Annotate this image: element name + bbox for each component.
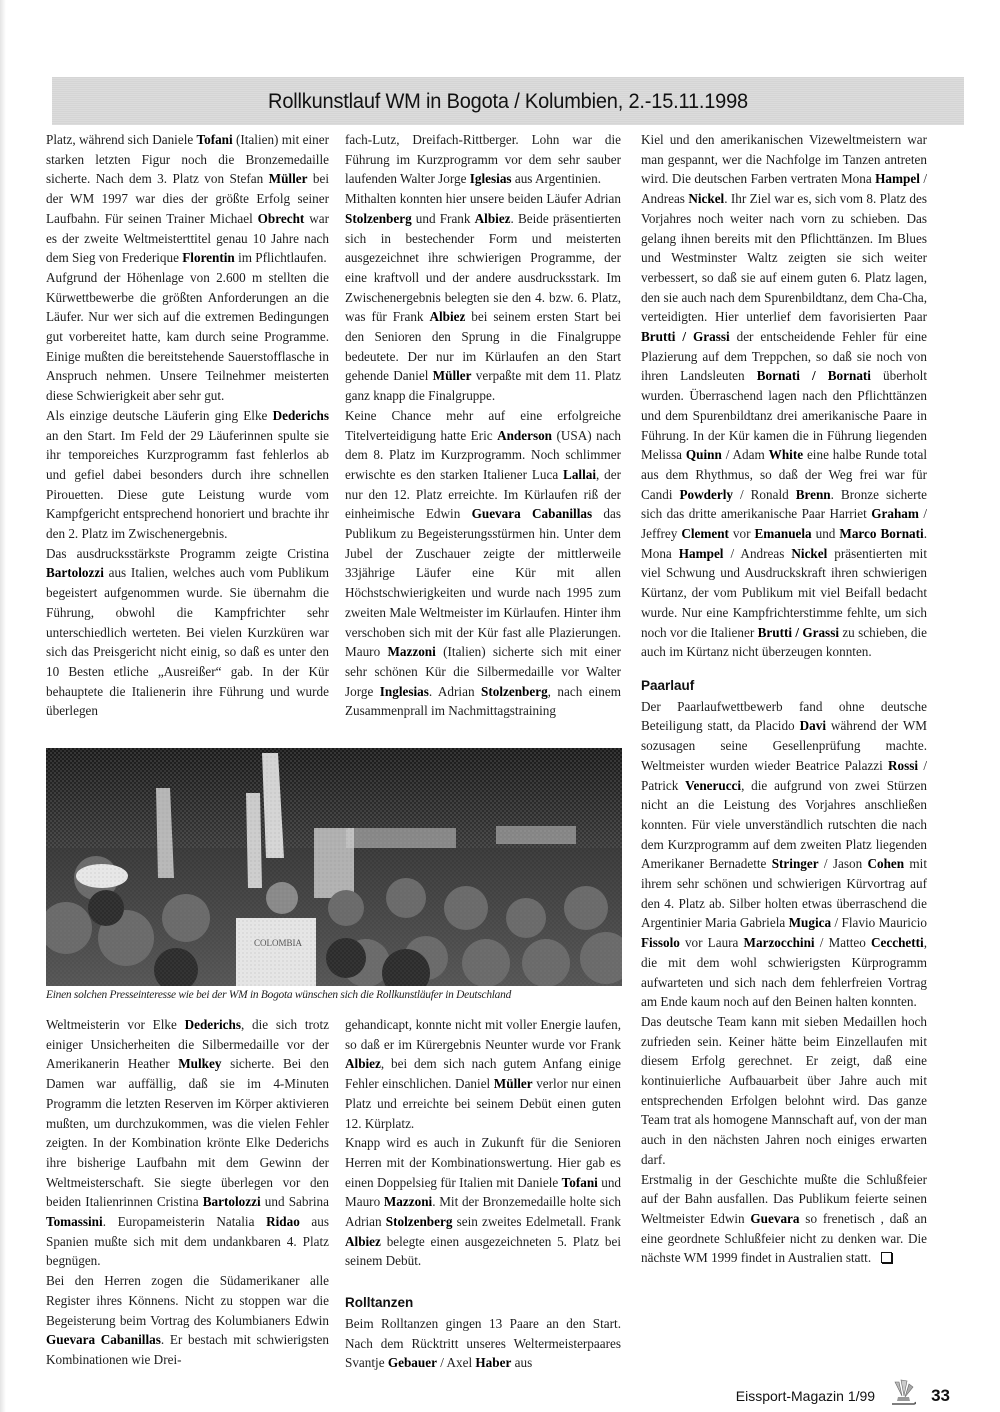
paragraph: fach-Lutz, Dreifach-Rittberger. Lohn war… [345, 130, 621, 189]
paragraph: Beim Rolltanzen gingen 13 Paare an den S… [345, 1314, 621, 1373]
column-3: Kiel und den amerikanischen Vizeweltmeis… [641, 130, 927, 1268]
column-1-top: Platz, während sich Daniele Tofani (Ital… [46, 130, 329, 721]
skate-logo-icon [889, 1378, 917, 1412]
crowd-photo: COLOMBIA [46, 748, 622, 986]
paragraph: Das ausdrucksstärkste Programm zeigte Cr… [46, 544, 329, 721]
magazine-issue: Eissport-Magazin 1/99 [736, 1388, 875, 1404]
paragraph: Weltmeisterin vor Elke Dederichs, die si… [46, 1015, 329, 1271]
paragraph: Bei den Herren zogen die Südamerikaner a… [46, 1271, 329, 1370]
section-heading-paarlauf: Paarlauf [641, 676, 927, 696]
paragraph: Keine Chance mehr auf eine erfolgreiche … [345, 406, 621, 721]
page-edge-shadow [0, 0, 6, 1412]
paragraph: Kiel und den amerikanischen Vizeweltmeis… [641, 130, 927, 662]
column-2-bottom: gehandicapt, konnte nicht mit voller Ene… [345, 1015, 621, 1373]
paragraph: gehandicapt, konnte nicht mit voller Ene… [345, 1015, 621, 1133]
photo-caption: Einen solchen Presseinteresse wie bei de… [46, 988, 622, 1002]
article-title-bar: Rollkunstlauf WM in Bogota / Kolumbien, … [52, 77, 964, 125]
article-title: Rollkunstlauf WM in Bogota / Kolumbien, … [268, 89, 748, 114]
paragraph: Erstmalig in der Geschichte mußte die Sc… [641, 1170, 927, 1269]
paragraph: Aufgrund der Höhenlage von 2.600 m stell… [46, 268, 329, 406]
page-footer: Eissport-Magazin 1/99 33 [736, 1378, 950, 1412]
column-2-bottom-text: gehandicapt, konnte nicht mit voller Ene… [345, 1015, 621, 1271]
paragraph: Der Paarlaufwettbewerb fand ohne deutsch… [641, 697, 927, 1012]
paragraph: Platz, während sich Daniele Tofani (Ital… [46, 130, 329, 268]
column-3-paarlauf: Der Paarlaufwettbewerb fand ohne deutsch… [641, 697, 927, 1268]
end-of-article-icon [881, 1252, 892, 1263]
paragraph: Als einzige deutsche Läuferin ging Elke … [46, 406, 329, 544]
paragraph: Mithalten konnten hier unsere beiden Läu… [345, 189, 621, 406]
section-heading-rolltanzen: Rolltanzen [345, 1293, 621, 1313]
column-3-intro: Kiel und den amerikanischen Vizeweltmeis… [641, 130, 927, 662]
column-2-rolltanzen: Beim Rolltanzen gingen 13 Paare an den S… [345, 1314, 621, 1373]
paragraph: Das deutsche Team kann mit sieben Medail… [641, 1012, 927, 1170]
paragraph: Knapp wird es auch in Zukunft für die Se… [345, 1133, 621, 1271]
page-number: 33 [931, 1386, 950, 1406]
column-2-top: fach-Lutz, Dreifach-Rittberger. Lohn war… [345, 130, 621, 721]
column-1-bottom: Weltmeisterin vor Elke Dederichs, die si… [46, 1015, 329, 1370]
